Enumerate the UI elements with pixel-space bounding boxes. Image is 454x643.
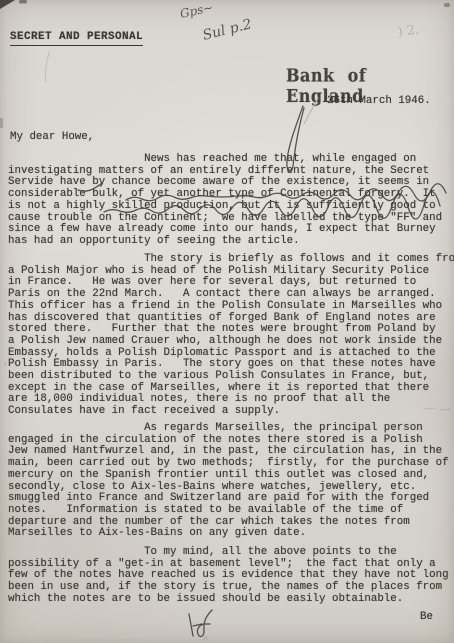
pencil-corner-mark: ) 2. (397, 23, 420, 40)
handwritten-initials (189, 610, 212, 640)
paragraph-marseilles-circulation: As regards Marseilles, the principal per… (8, 423, 449, 540)
paragraph-conclusion: To my mind, all the above points to the … (8, 547, 449, 606)
paragraph-forgery-news: News has reached me that, while engaged … (8, 154, 442, 248)
initial-stroke-2 (197, 610, 212, 637)
handwritten-scribble-1: Gps~ (179, 0, 215, 21)
catchword: Be (420, 612, 433, 624)
initial-stroke-1 (189, 614, 193, 636)
classification-label: SECRET AND PERSONAL (10, 31, 143, 46)
handwritten-scribble-2: Sul p.2 (201, 16, 253, 44)
scanned-letter-page: SECRET AND PERSONAL Bank of England 26th… (0, 0, 454, 643)
scan-edge-speck-left (0, 118, 3, 128)
scan-edge-speck-right (444, 3, 450, 7)
scan-corner-smudge (0, 0, 15, 9)
scan-edge-speck (19, 0, 27, 4)
letter-date: 26th March 1946. (327, 96, 431, 108)
initial-connector (193, 624, 202, 626)
crease-mark (45, 52, 49, 82)
small-cross-mark (203, 636, 208, 640)
salutation: My dear Howe, (10, 132, 94, 144)
paragraph-polish-major-story: The story is briefly as follows and it c… (8, 254, 454, 418)
